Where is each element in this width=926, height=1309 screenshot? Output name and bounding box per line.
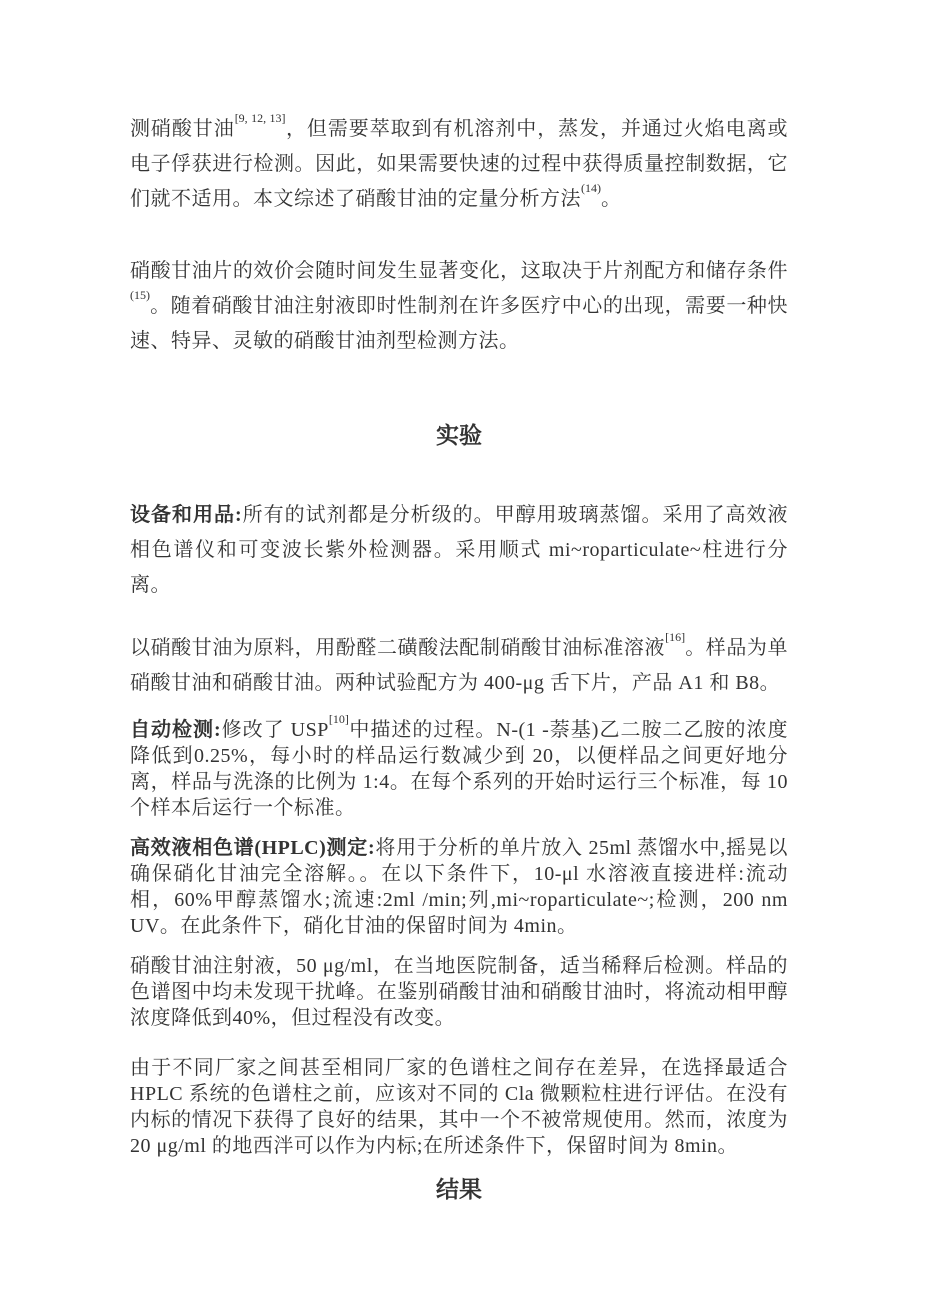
paragraph: 测硝酸甘油[9, 12, 13]，但需要萃取到有机溶剂中，蒸发，并通过火焰电离或… <box>130 112 788 217</box>
citation-superscript: [9, 12, 13] <box>235 111 286 125</box>
section-heading: 结果 <box>130 1175 788 1205</box>
citation-superscript: [10] <box>329 712 349 726</box>
paragraph-text: 测硝酸甘油 <box>130 118 235 140</box>
paragraph: 由于不同厂家之间甚至相同厂家的色谱柱之间存在差异，在选择最适合 HPLC 系统的… <box>130 1055 788 1159</box>
section-heading: 实验 <box>130 421 788 451</box>
paragraph: 设备和用品:所有的试剂都是分析级的。甲醇用玻璃蒸馏。采用了高效液相色谱仪和可变波… <box>130 498 788 603</box>
paragraph: 高效液相色谱(HPLC)测定:将用于分析的单片放入 25ml 蒸馏水中,摇晃以确… <box>130 835 788 939</box>
paragraph-lead: 设备和用品: <box>130 504 242 526</box>
paragraph-text: 硝酸甘油片的效价会随时间发生显著变化，这取决于片剂配方和储存条件 <box>130 260 788 282</box>
paragraph-text: 修改了 USP <box>221 719 329 741</box>
paragraph: 自动检测:修改了 USP[10]中描述的过程。N-(1 -萘基)乙二胺二乙胺的浓… <box>130 717 788 821</box>
citation-superscript: (14) <box>581 181 601 195</box>
paragraph-lead: 高效液相色谱(HPLC)测定: <box>130 837 375 859</box>
paragraph-text: 以硝酸甘油为原料，用酚醛二磺酸法配制硝酸甘油标准溶液 <box>130 637 665 659</box>
paragraph: 硝酸甘油片的效价会随时间发生显著变化，这取决于片剂配方和储存条件(15)。随着硝… <box>130 254 788 359</box>
paragraph-text: 。随着硝酸甘油注射液即时性制剂在许多医疗中心的出现，需要一种快速、特异、灵敏的硝… <box>130 295 788 352</box>
paragraph-text: 硝酸甘油注射液，50 μg/ml，在当地医院制备，适当稀释后检测。样品的色谱图中… <box>130 955 788 1029</box>
citation-superscript: [16] <box>665 630 685 644</box>
paragraph: 硝酸甘油注射液，50 μg/ml，在当地医院制备，适当稀释后检测。样品的色谱图中… <box>130 953 788 1031</box>
paragraph-text: 由于不同厂家之间甚至相同厂家的色谱柱之间存在差异，在选择最适合 HPLC 系统的… <box>130 1057 788 1157</box>
citation-superscript: (15) <box>130 288 150 302</box>
document-body: 测硝酸甘油[9, 12, 13]，但需要萃取到有机溶剂中，蒸发，并通过火焰电离或… <box>0 0 926 1205</box>
paragraph: 以硝酸甘油为原料，用酚醛二磺酸法配制硝酸甘油标准溶液[16]。样品为单硝酸甘油和… <box>130 631 788 701</box>
paragraph-text: 。 <box>601 188 622 210</box>
paragraph-lead: 自动检测: <box>130 719 221 741</box>
document-page: 测硝酸甘油[9, 12, 13]，但需要萃取到有机溶剂中，蒸发，并通过火焰电离或… <box>0 0 926 1309</box>
